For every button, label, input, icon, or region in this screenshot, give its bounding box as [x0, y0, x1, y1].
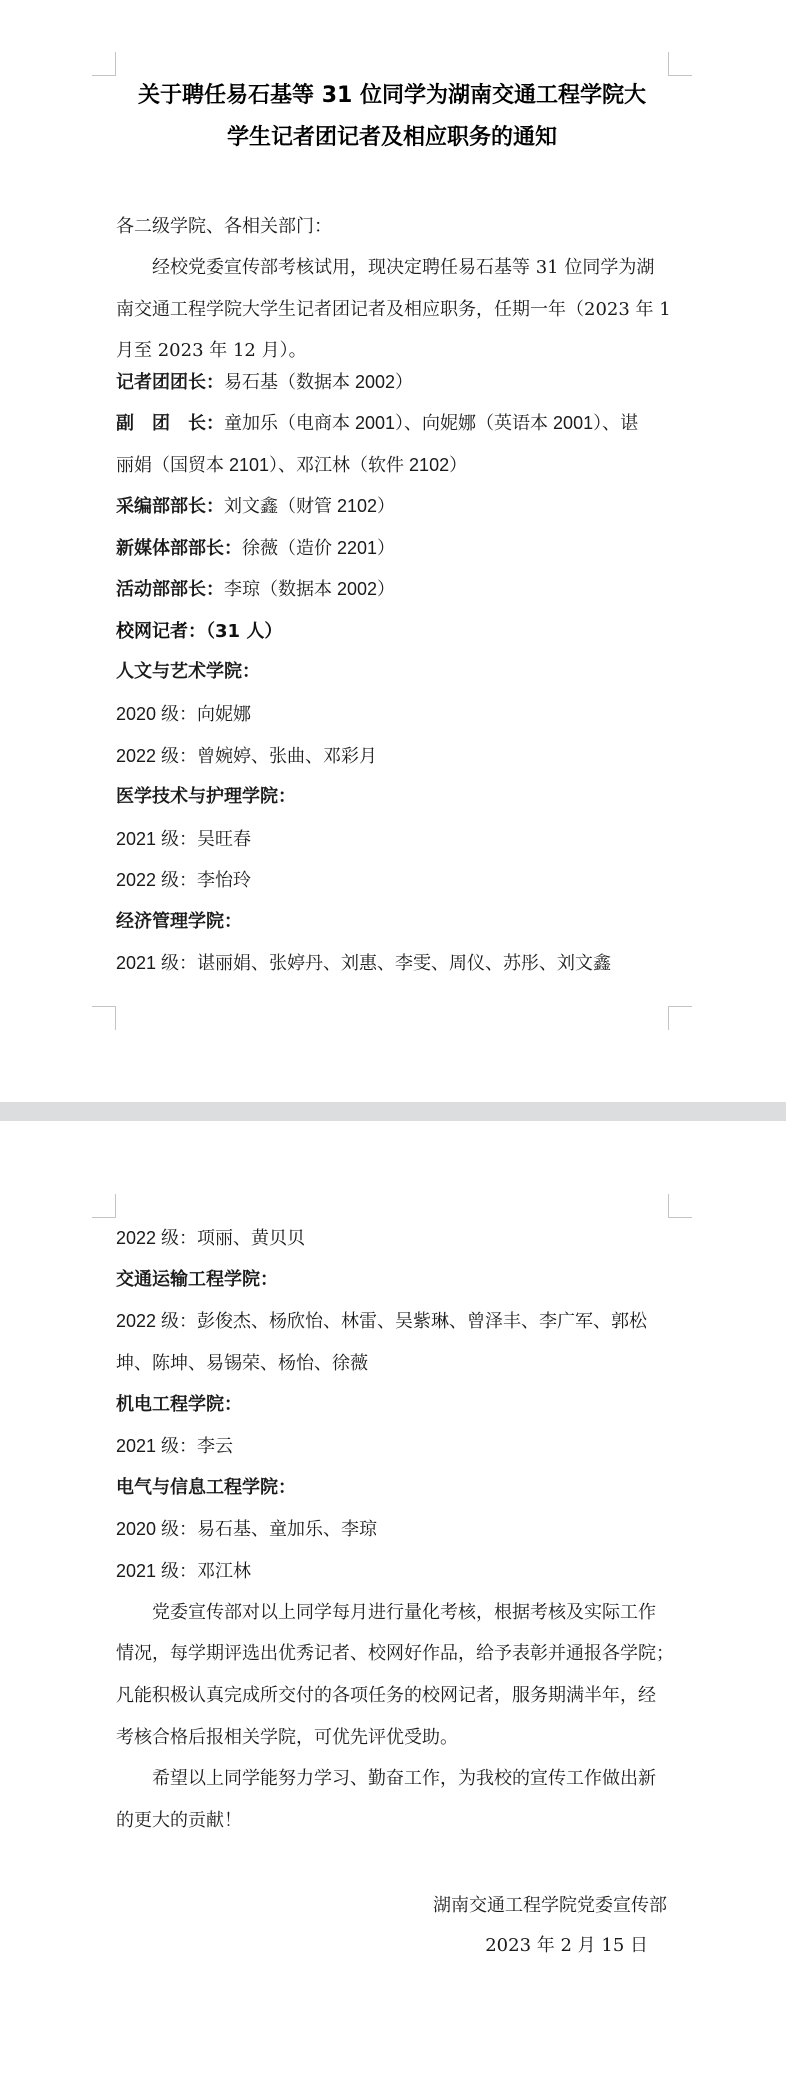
margin-corner-top-right: [668, 52, 692, 76]
position-value: 童加乐（电商本 2001）、向妮娜（英语本 2001）、谌: [224, 413, 638, 433]
position-label: 副 团 长：: [116, 413, 224, 434]
position-label: 记者团团长：: [116, 372, 224, 393]
margin-corner-top-left: [92, 52, 116, 76]
college-heading: 电气与信息工程学院：: [116, 1476, 676, 1500]
intro-line-1: 经校党委宣传部考核试用，现决定聘任易石基等 31 位同学为湖: [116, 256, 676, 280]
signature: 湖南交通工程学院党委宣传部: [116, 1894, 667, 1918]
position-deputy: 副 团 长：童加乐（电商本 2001）、向妮娜（英语本 2001）、谌: [116, 411, 676, 436]
position-deputy-continuation: 丽娟（国贸本 2101）、邓江林（软件 2102）: [116, 453, 676, 477]
college-heading: 人文与艺术学院：: [116, 660, 676, 684]
position-activity-head: 活动部部长：李琼（数据本 2002）: [116, 577, 676, 602]
grade-list-continuation: 坤、陈坤、易锡荣、杨怡、徐薇: [116, 1351, 676, 1375]
grade-list: 2022 级：曾婉婷、张曲、邓彩月: [116, 744, 676, 768]
grade-list: 2021 级：吴旺春: [116, 827, 676, 851]
document-title-line-2: 学生记者团记者及相应职务的通知: [116, 124, 668, 152]
closing-line-4: 考核合格后报相关学院，可优先评优受助。: [116, 1726, 676, 1750]
grade-list: 2020 级：向妮娜: [116, 702, 676, 726]
college-heading: 经济管理学院：: [116, 910, 676, 934]
position-campus-reporters: 校网记者：（31 人）: [116, 619, 676, 644]
signature-date: 2023 年 2 月 15 日: [116, 1934, 648, 1958]
grade-list: 2021 级：谌丽娟、张婷丹、刘惠、李雯、周仪、苏彤、刘文鑫: [116, 951, 676, 975]
page-break-gap: [0, 1102, 786, 1121]
document-page-2: 2022 级：项丽、黄贝贝 交通运输工程学院： 2022 级：彭俊杰、杨欣怡、林…: [0, 1121, 786, 2084]
wish-line-2: 的更大的贡献！: [116, 1809, 676, 1833]
position-label: 校网记者：: [116, 621, 206, 642]
margin-corner-bottom-right: [668, 1006, 692, 1030]
grade-list: 2022 级：李怡玲: [116, 868, 676, 892]
wish-line-1: 希望以上同学能努力学习、勤奋工作，为我校的宣传工作做出新: [116, 1767, 676, 1791]
position-new-media-head: 新媒体部部长：徐薇（造价 2201）: [116, 536, 676, 561]
grade-list: 2020 级：易石基、童加乐、李琼: [116, 1517, 676, 1541]
closing-line-3: 凡能积极认真完成所交付的各项任务的校网记者，服务期满半年，经: [116, 1684, 676, 1708]
grade-list: 2021 级：邓江林: [116, 1559, 676, 1583]
position-editing-head: 采编部部长：刘文鑫（财管 2102）: [116, 494, 676, 519]
document-page-1: 关于聘任易石基等 31 位同学为湖南交通工程学院大 学生记者团记者及相应职务的通…: [0, 0, 786, 1102]
margin-corner-top-left: [92, 1194, 116, 1218]
position-label: 活动部部长：: [116, 579, 224, 600]
margin-corner-bottom-left: [92, 1006, 116, 1030]
grade-list: 2022 级：彭俊杰、杨欣怡、林雷、吴紫琳、曾泽丰、李广军、郭松: [116, 1309, 676, 1333]
position-value: 易石基（数据本 2002）: [224, 372, 413, 392]
grade-list: 2022 级：项丽、黄贝贝: [116, 1226, 676, 1250]
position-value: （31 人）: [206, 621, 282, 642]
college-heading: 医学技术与护理学院：: [116, 785, 676, 809]
position-leader: 记者团团长：易石基（数据本 2002）: [116, 370, 676, 395]
position-value: 刘文鑫（财管 2102）: [224, 496, 395, 516]
closing-line-1: 党委宣传部对以上同学每月进行量化考核，根据考核及实际工作: [116, 1601, 676, 1625]
document-title-line-1: 关于聘任易石基等 31 位同学为湖南交通工程学院大: [116, 82, 668, 110]
position-label: 采编部部长：: [116, 496, 224, 517]
closing-line-2: 情况，每学期评选出优秀记者、校网好作品，给予表彰并通报各学院；: [116, 1642, 676, 1666]
college-heading: 交通运输工程学院：: [116, 1268, 676, 1292]
intro-line-2: 南交通工程学院大学生记者团记者及相应职务，任期一年（2023 年 1: [116, 298, 676, 322]
grade-list: 2021 级：李云: [116, 1434, 676, 1458]
intro-line-3: 月至 2023 年 12 月）。: [116, 339, 676, 363]
position-value: 李琼（数据本 2002）: [224, 579, 395, 599]
position-label: 新媒体部部长：: [116, 538, 242, 559]
margin-corner-top-right: [668, 1194, 692, 1218]
position-value: 徐薇（造价 2201）: [242, 538, 395, 558]
college-heading: 机电工程学院：: [116, 1393, 676, 1417]
salutation: 各二级学院、各相关部门：: [116, 215, 676, 239]
